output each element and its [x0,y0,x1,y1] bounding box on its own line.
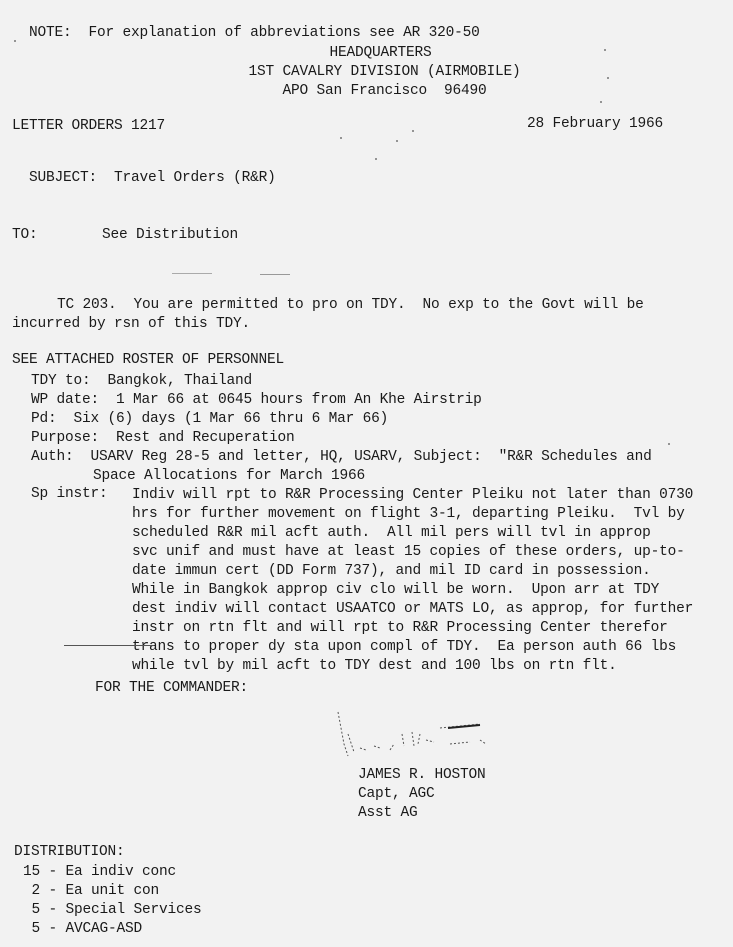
field-wp-date: WP date: 1 Mar 66 at 0645 hours from An … [31,391,652,410]
signer-rank: Capt, AGC [358,785,486,804]
subject-label: SUBJECT: [29,170,97,186]
distribution-item: 2 - Ea unit con [22,882,202,901]
distribution-item: 5 - AVCAG-ASD [22,920,202,939]
distribution-count: 15 [22,863,40,882]
order-date: 28 February 1966 [527,116,663,132]
distribution-count: 5 [22,920,40,939]
to-label: TO: [12,227,38,243]
sp-instr-line: instr on rtn flt and will rpt to R&R Pro… [132,619,693,638]
faint-mark [172,273,212,274]
for-the-commander: FOR THE COMMANDER: [95,680,248,696]
sp-instr-line: Indiv will rpt to R&R Processing Center … [132,486,693,505]
field-tdy-to: TDY to: Bangkok, Thailand [31,372,652,391]
to-value: See Distribution [102,227,238,243]
sp-instr-line: hrs for further movement on flight 3-1, … [132,505,693,524]
sp-instr-line: svc unif and must have at least 15 copie… [132,543,693,562]
signature-block: JAMES R. HOSTON Capt, AGC Asst AG [358,766,486,823]
subject-line: SUBJECT: Travel Orders (R&R) [12,154,276,186]
sp-instr-line: While in Bangkok approp civ clo will be … [132,581,693,600]
faint-mark [260,274,290,275]
field-period: Pd: Six (6) days (1 Mar 66 thru 6 Mar 66… [31,410,652,429]
letterhead: HEADQUARTERS 1ST CAVALRY DIVISION (AIRMO… [0,44,733,101]
tc-paragraph-line2: incurred by rsn of this TDY. [12,316,250,332]
sp-instr-line: trans to proper dy sta upon compl of TDY… [132,638,693,657]
distribution-recipient: AVCAG-ASD [66,921,143,937]
field-auth-continued: Space Allocations for March 1966 [31,467,652,486]
letter-orders-number: LETTER ORDERS 1217 [12,118,165,134]
distribution-item: 15 - Ea indiv conc [22,863,202,882]
roster-heading: SEE ATTACHED ROSTER OF PERSONNEL [12,352,284,368]
note-label: NOTE: [29,25,72,41]
tc-paragraph-line1: TC 203. You are permitted to pro on TDY.… [57,297,644,313]
distribution-heading: DISTRIBUTION: [14,844,125,860]
distribution-count: 5 [22,901,40,920]
distribution-item: 5 - Special Services [22,901,202,920]
order-fields: TDY to: Bangkok, Thailand WP date: 1 Mar… [31,372,652,486]
distribution-list: 15 - Ea indiv conc2 - Ea unit con5 - Spe… [22,863,202,939]
field-purpose: Purpose: Rest and Recuperation [31,429,652,448]
signer-title: Asst AG [358,804,486,823]
signer-name: JAMES R. HOSTON [358,766,486,785]
sp-instr-text: Indiv will rpt to R&R Processing Center … [132,486,693,676]
apo-line: APO San Francisco 96490 [0,82,733,101]
subject-value: Travel Orders (R&R) [114,170,276,186]
strike-mark [64,645,154,646]
sp-instr-line: scheduled R&R mil acft auth. All mil per… [132,524,693,543]
distribution-recipient: Ea indiv conc [66,864,177,880]
sp-instr-line: date immun cert (DD Form 737), and mil I… [132,562,693,581]
distribution-count: 2 [22,882,40,901]
headquarters-line: HEADQUARTERS [0,44,733,63]
note-line: NOTE: For explanation of abbreviations s… [12,9,480,41]
sp-instr-line: dest indiv will contact USAATCO or MATS … [132,600,693,619]
sp-instr-line: while tvl by mil acft to TDY dest and 10… [132,657,693,676]
distribution-recipient: Ea unit con [66,883,160,899]
distribution-recipient: Special Services [66,902,202,918]
division-line: 1ST CAVALRY DIVISION (AIRMOBILE) [0,63,733,82]
note-text: For explanation of abbreviations see AR … [89,25,480,41]
sp-instr-label: Sp instr: [31,486,108,502]
field-auth: Auth: USARV Reg 28-5 and letter, HQ, USA… [31,448,652,467]
